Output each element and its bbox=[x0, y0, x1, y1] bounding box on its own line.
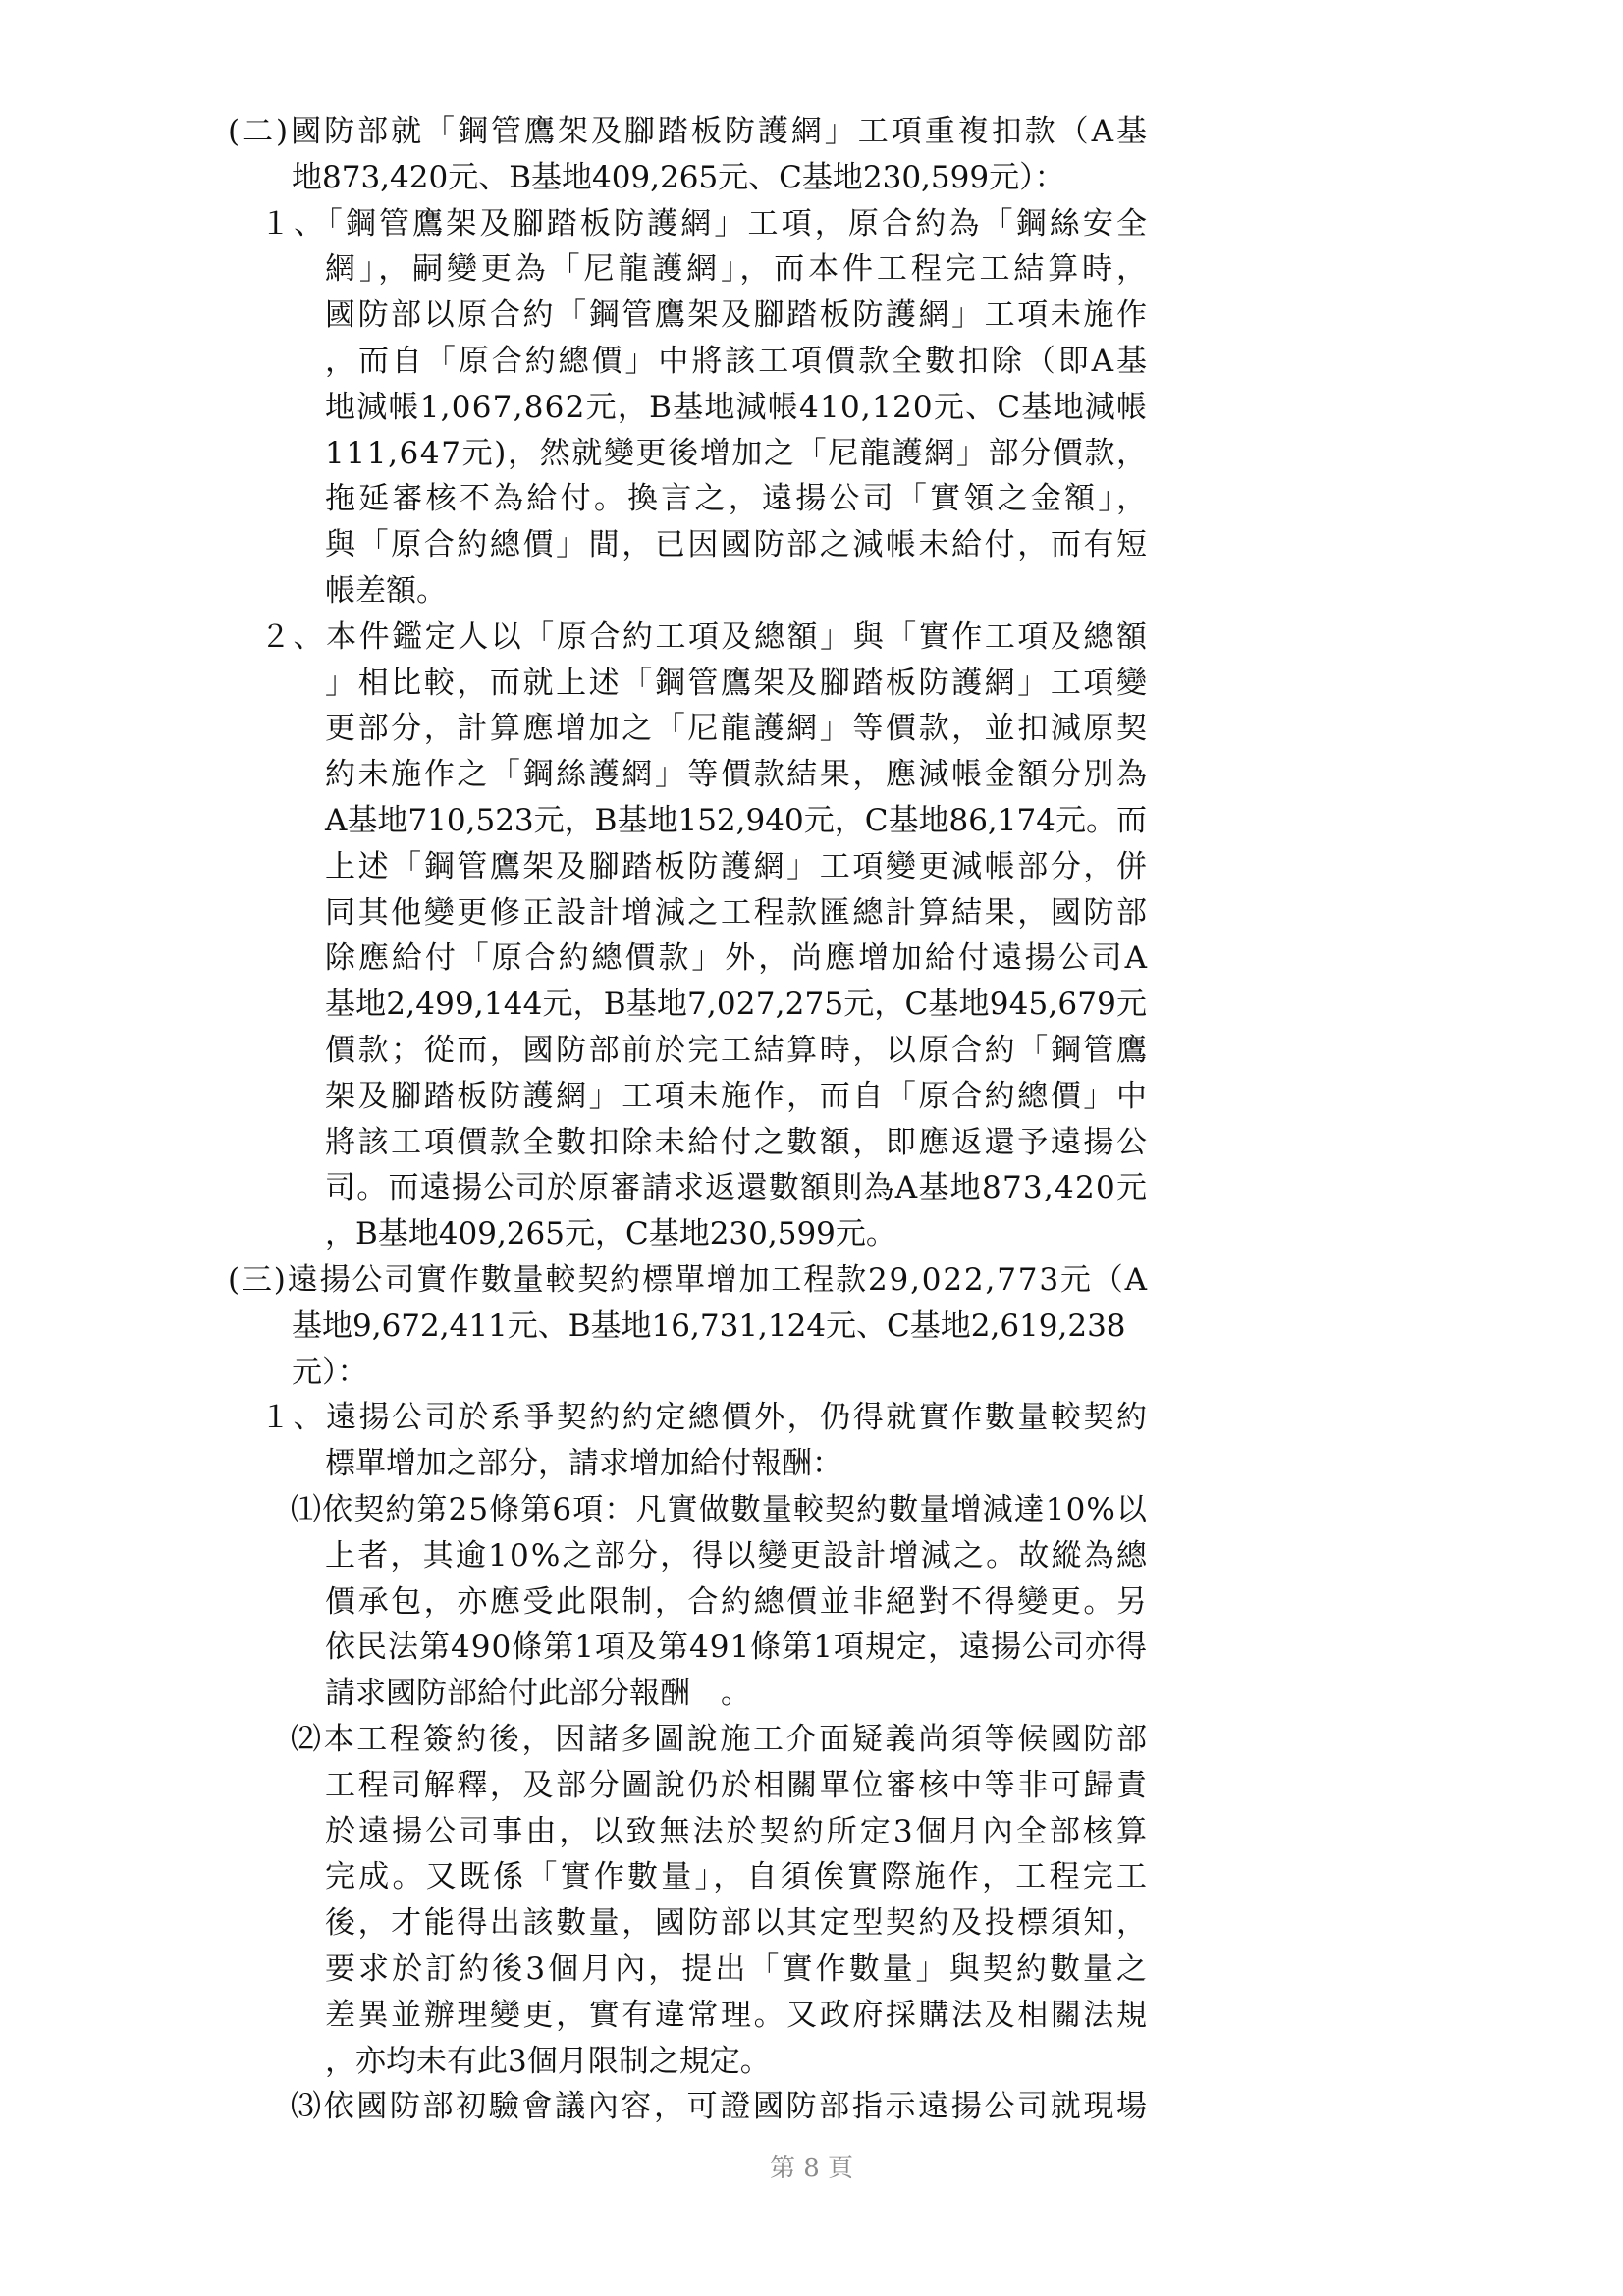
text-line: (三)遠揚公司實作數量較契約標單增加工程款29,022,773元（A bbox=[228, 1257, 1147, 1303]
text-line: 元）： bbox=[292, 1350, 1147, 1395]
document-page: (二)國防部就「鋼管鷹架及腳踏板防護網」工項重複扣款（A基地873,420元、B… bbox=[0, 0, 1623, 2296]
text-line: 帳差額。 bbox=[325, 568, 1147, 614]
text-line: １、「鋼管鷹架及腳踏板防護網」工項，原合約為「鋼絲安全 bbox=[260, 201, 1147, 246]
text-line: 地減帳1,067,862元，B基地減帳410,120元、C基地減帳 bbox=[325, 385, 1147, 430]
text-line: ，而自「原合約總價」中將該工項價款全數扣除（即A基 bbox=[325, 339, 1147, 384]
text-line: 上述「鋼管鷹架及腳踏板防護網」工項變更減帳部分，併 bbox=[325, 844, 1147, 889]
text-line: 工程司解釋，及部分圖說仍於相關單位審核中等非可歸責 bbox=[325, 1763, 1147, 1808]
text-line: 依民法第490條第1項及第491條第1項規定，遠揚公司亦得 bbox=[325, 1625, 1147, 1670]
text-line: １、遠揚公司於系爭契約約定總價外，仍得就實作數量較契約 bbox=[260, 1395, 1147, 1440]
text-line: ⑵本工程簽約後，因諸多圖說施工介面疑義尚須等候國防部 bbox=[291, 1717, 1147, 1762]
text-line: 基地9,672,411元、B基地16,731,124元、C基地2,619,238 bbox=[292, 1304, 1147, 1349]
text-line: 基地2,499,144元，B基地7,027,275元，C基地945,679元 bbox=[325, 982, 1147, 1027]
text-line: 」相比較，而就上述「鋼管鷹架及腳踏板防護網」工項變 bbox=[325, 661, 1147, 706]
text-line: 將該工項價款全數扣除未給付之數額，即應返還予遠揚公 bbox=[325, 1120, 1147, 1165]
text-line: 約未施作之「鋼絲護網」等價款結果，應減帳金額分別為 bbox=[325, 752, 1147, 797]
text-line: 除應給付「原合約總價款」外，尚應增加給付遠揚公司A bbox=[325, 935, 1147, 981]
text-line: 要求於訂約後3個月內，提出「實作數量」與契約數量之 bbox=[325, 1947, 1147, 1992]
text-line: 完成。又既係「實作數量」，自須俟實際施作，工程完工 bbox=[325, 1854, 1147, 1899]
text-line: 差異並辦理變更，實有違常理。又政府採購法及相關法規 bbox=[325, 1993, 1147, 2038]
text-line: 拖延審核不為給付。換言之，遠揚公司「實領之金額」， bbox=[325, 476, 1147, 521]
text-line: 網」，嗣變更為「尼龍護網」，而本件工程完工結算時， bbox=[325, 246, 1147, 292]
text-line: 更部分，計算應增加之「尼龍護網」等價款，並扣減原契 bbox=[325, 706, 1147, 751]
text-line: ⑶依國防部初驗會議內容，可證國防部指示遠揚公司就現場 bbox=[291, 2084, 1147, 2129]
text-line: ，亦均未有此3個月限制之規定。 bbox=[325, 2039, 1147, 2084]
text-line: 後，才能得出該數量，國防部以其定型契約及投標須知， bbox=[325, 1900, 1147, 1946]
text-line: ⑴依契約第25條第6項：凡實做數量較契約數量增減達10%以 bbox=[291, 1487, 1147, 1532]
text-line: 請求國防部給付此部分報酬 。 bbox=[325, 1671, 1147, 1716]
text-line: ２、本件鑑定人以「原合約工項及總額」與「實作工項及總額 bbox=[260, 614, 1147, 660]
text-line: 司。而遠揚公司於原審請求返還數額則為A基地873,420元 bbox=[325, 1165, 1147, 1210]
text-line: 同其他變更修正設計增減之工程款匯總計算結果，國防部 bbox=[325, 890, 1147, 935]
text-line: 地873,420元、B基地409,265元、C基地230,599元）： bbox=[292, 155, 1147, 200]
text-line: 111,647元)，然就變更後增加之「尼龍護網」部分價款， bbox=[325, 431, 1147, 476]
text-line: 於遠揚公司事由，以致無法於契約所定3個月內全部核算 bbox=[325, 1809, 1147, 1854]
text-line: 價承包，亦應受此限制，合約總價並非絕對不得變更。另 bbox=[325, 1579, 1147, 1625]
text-line: 與「原合約總價」間，已因國防部之減帳未給付，而有短 bbox=[325, 522, 1147, 567]
page-number: 第 8 頁 bbox=[0, 2148, 1623, 2184]
text-line: 上者，其逾10%之部分，得以變更設計增減之。故縱為總 bbox=[325, 1533, 1147, 1578]
text-line: 國防部以原合約「鋼管鷹架及腳踏板防護網」工項未施作 bbox=[325, 293, 1147, 338]
text-line: 標單增加之部分，請求增加給付報酬： bbox=[325, 1441, 1147, 1486]
text-line: ，B基地409,265元，C基地230,599元。 bbox=[325, 1211, 1147, 1256]
text-line: 架及腳踏板防護網」工項未施作，而自「原合約總價」中 bbox=[325, 1074, 1147, 1119]
text-line: (二)國防部就「鋼管鷹架及腳踏板防護網」工項重複扣款（A基 bbox=[228, 109, 1147, 154]
text-line: 價款；從而，國防部前於完工結算時，以原合約「鋼管鷹 bbox=[325, 1028, 1147, 1073]
text-line: A基地710,523元，B基地152,940元，C基地86,174元。而 bbox=[325, 798, 1147, 843]
